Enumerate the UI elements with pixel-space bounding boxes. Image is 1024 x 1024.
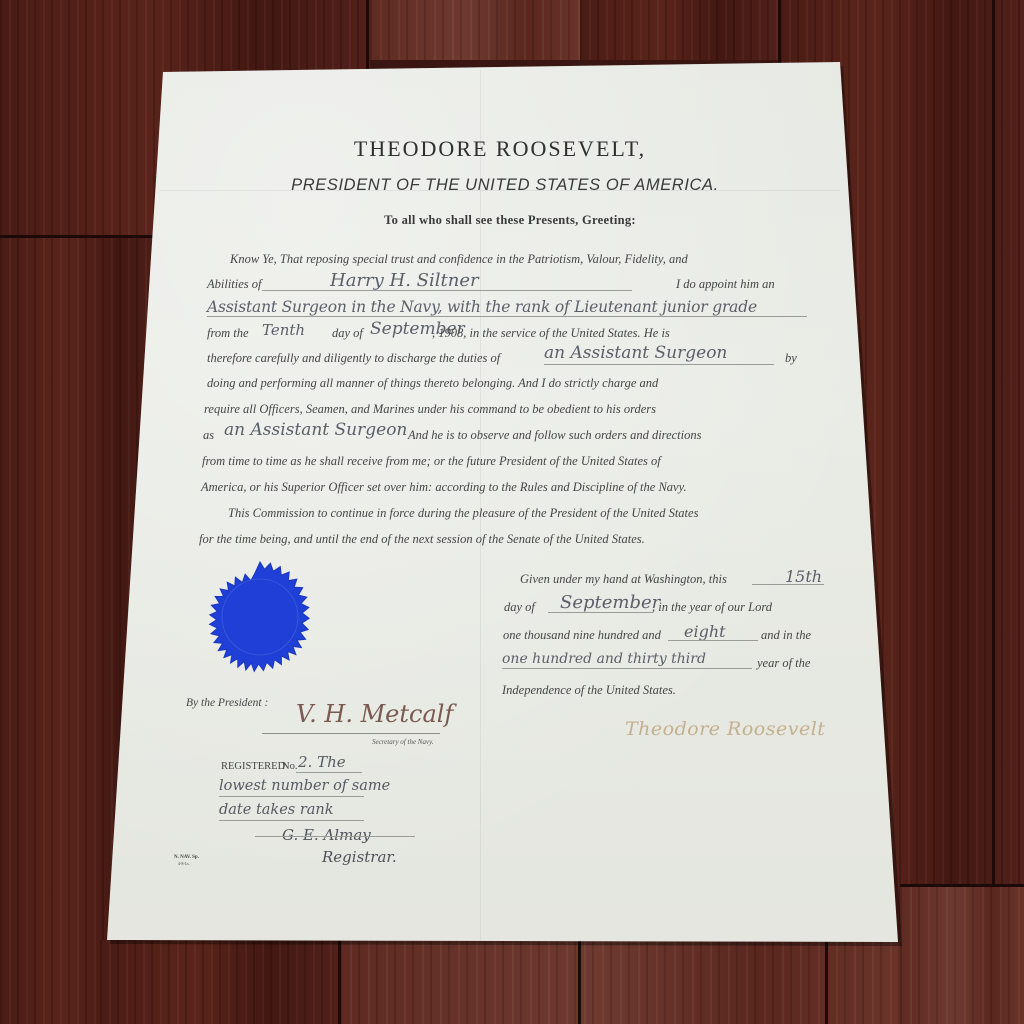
registered-note-line-1: 2. The	[298, 753, 346, 771]
floor-plank	[580, 0, 780, 60]
as-role: an Assistant Surgeon	[224, 420, 407, 440]
given-line-2-prefix: day of	[504, 600, 535, 615]
body-line-9: from time to time as he shall receive fr…	[202, 454, 661, 469]
floor-seam	[778, 0, 781, 70]
registrar-signature: G. E. Almay	[282, 826, 371, 844]
fill-line	[219, 796, 364, 797]
body-line-4-mid: day of	[332, 326, 363, 341]
body-line-10: America, or his Superior Officer set ove…	[201, 480, 687, 495]
body-line-1: Know Ye, That reposing special trust and…	[230, 252, 688, 267]
given-line-2-suffix: , in the year of our Lord	[652, 600, 772, 615]
floor-seam	[366, 0, 369, 70]
secretary-title: Secretary of the Navy.	[372, 738, 434, 746]
given-line-3-prefix: one thousand nine hundred and	[503, 628, 661, 643]
registered-no-label: No.	[282, 761, 297, 772]
given-line-1-prefix: Given under my hand at Washington, this	[520, 572, 727, 587]
body-line-2-suffix: I do appoint him an	[676, 277, 775, 292]
floor-seam	[825, 940, 828, 1024]
body-line-8-suffix: And he is to observe and follow such ord…	[408, 428, 702, 443]
fill-line	[262, 733, 440, 734]
floor-seam	[900, 884, 1024, 887]
body-line-4-prefix: from the	[207, 326, 249, 341]
form-code-line-2: 4-8-Ls.	[178, 861, 190, 866]
fill-line	[544, 364, 774, 365]
independence-year: one hundred and thirty third	[502, 651, 706, 667]
fill-line	[255, 836, 415, 837]
form-code-line-1: N. NAV. Sp.	[174, 855, 199, 860]
floor-seam	[0, 235, 170, 238]
floor-plank	[340, 940, 900, 1024]
by-the-president-label: By the President :	[186, 697, 268, 709]
body-line-12: for the time being, and until the end of…	[199, 532, 645, 547]
duties-role: an Assistant Surgeon	[544, 343, 727, 363]
body-line-11: This Commission to continue in force dur…	[228, 506, 698, 521]
paper-crease	[480, 70, 481, 940]
year-word: eight	[684, 622, 726, 641]
fill-line	[752, 584, 824, 585]
fill-line	[668, 640, 758, 641]
floor-seam	[338, 940, 341, 1024]
rank-handwritten: Assistant Surgeon in the Navy, with the …	[207, 298, 757, 316]
fill-line	[207, 316, 807, 317]
president-signature: Theodore Roosevelt	[625, 718, 825, 740]
given-month: September	[560, 592, 660, 613]
given-line-3-suffix: and in the	[761, 628, 811, 643]
fill-line	[502, 668, 752, 669]
appointment-day: Tenth	[262, 321, 305, 339]
registered-note-line-3: date takes rank	[219, 802, 334, 818]
registrar-title: Registrar.	[322, 848, 397, 866]
body-line-7: require all Officers, Seamen, and Marine…	[204, 402, 656, 417]
registered-note-line-2: lowest number of same	[219, 778, 390, 794]
fill-line	[296, 772, 362, 773]
body-line-2-prefix: Abilities of	[207, 277, 262, 292]
fill-line	[219, 820, 364, 821]
body-line-8-prefix: as	[203, 428, 214, 443]
body-line-5-suffix: by	[785, 351, 797, 366]
secretary-signature: V. H. Metcalf	[296, 700, 453, 728]
floor-plank	[900, 885, 1024, 1024]
blue-seal-icon	[198, 560, 322, 684]
floor-seam	[992, 0, 995, 884]
floor-plank	[370, 0, 580, 60]
body-line-6: doing and performing all manner of thing…	[207, 376, 658, 391]
body-line-4-suffix: , 1908, in the service of the United Sta…	[432, 326, 670, 341]
floor-seam	[578, 940, 581, 1024]
fill-line	[548, 612, 653, 613]
floor-plank	[100, 940, 340, 1024]
body-line-5-prefix: therefore carefully and diligently to di…	[207, 351, 500, 366]
registered-label: REGISTERED	[221, 761, 285, 772]
appointee-name: Harry H. Siltner	[330, 270, 479, 291]
given-line-4-suffix: year of the	[757, 656, 810, 671]
given-line-5: Independence of the United States.	[502, 683, 676, 698]
